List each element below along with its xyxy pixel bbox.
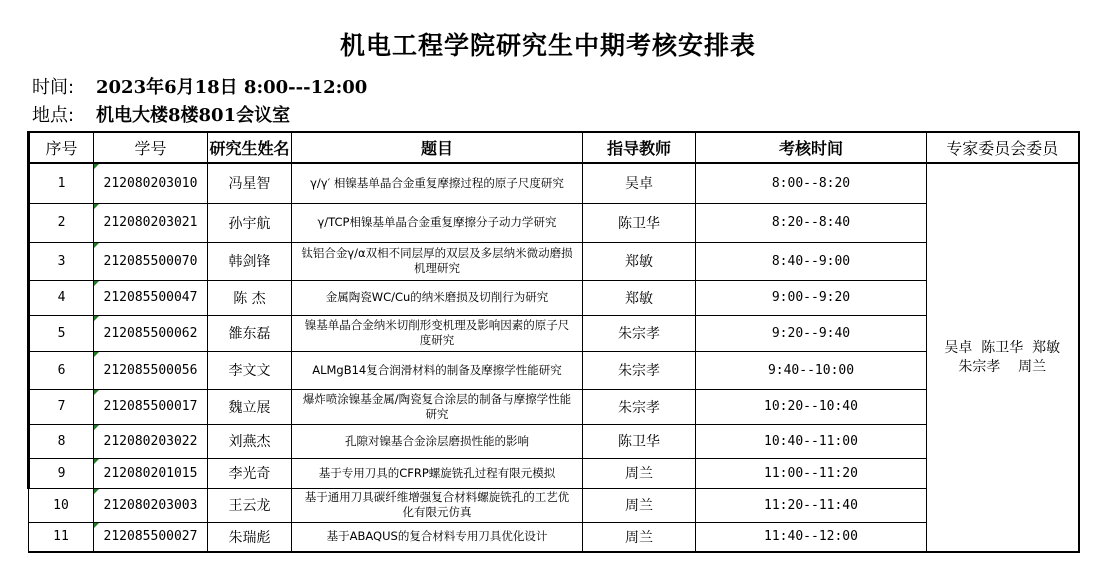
advisor-cell-text: 周兰: [625, 498, 653, 514]
exam-time-cell: 8:00--8:20: [696, 163, 927, 203]
row-number-text: 9: [58, 466, 66, 481]
header-name: 研究生姓名: [208, 132, 292, 163]
header-no: 序号: [29, 132, 94, 163]
student-name-cell-text: 李文文: [229, 363, 271, 379]
advisor-cell: 陈卫华: [583, 203, 696, 242]
student-name-cell: 李文文: [208, 351, 292, 389]
advisor-cell-text: 周兰: [625, 530, 653, 546]
row-number: 2: [29, 203, 94, 242]
schedule-table: 序号 学号 研究生姓名 题目 指导教师 考核时间 专家委员会委员 1212080…: [27, 131, 1080, 553]
student-id-cell-text: 212080201015: [104, 466, 198, 481]
row-number-text: 11: [53, 529, 69, 544]
student-name-cell-text: 韩剑锋: [229, 254, 271, 270]
topic-cell-text: 孔隙对镍基合金涂层磨损性能的影响: [345, 434, 529, 448]
student-id-cell: 212085500047: [94, 280, 208, 315]
topic-cell: 孔隙对镍基合金涂层磨损性能的影响: [292, 424, 583, 458]
page-title: 机电工程学院研究生中期考核安排表: [0, 26, 1096, 62]
advisor-cell-text: 郑敏: [625, 254, 653, 270]
exam-time-cell: 8:20--8:40: [696, 203, 927, 242]
student-name-cell: 刘燕杰: [208, 424, 292, 458]
text-number-indicator-icon: [94, 352, 99, 357]
place-value: 机电大楼8楼801会议室: [96, 105, 290, 126]
exam-time-cell: 9:00--9:20: [696, 280, 927, 315]
row-number-text: 10: [53, 498, 69, 513]
student-id-cell: 212085500017: [94, 389, 208, 424]
exam-time-cell: 9:40--10:00: [696, 351, 927, 389]
text-number-indicator-icon: [94, 523, 99, 528]
exam-time-cell-text: 9:40--10:00: [768, 363, 854, 378]
exam-time-cell: 11:00--11:20: [696, 458, 927, 488]
table-row: 8212080203022刘燕杰孔隙对镍基合金涂层磨损性能的影响陈卫华10:40…: [29, 424, 1079, 458]
table-row: 2212080203021孙宇航γ/TCP相镍基单晶合金重复摩擦分子动力学研究陈…: [29, 203, 1079, 242]
student-name-cell-text: 孙宇航: [229, 216, 271, 232]
student-name-cell: 李光奇: [208, 458, 292, 488]
topic-cell-text: 基于ABAQUS的复合材料专用刀具优化设计: [327, 529, 548, 543]
topic-cell-text: 基于专用刀具的CFRP螺旋铣孔过程有限元模拟: [319, 466, 556, 480]
text-number-indicator-icon: [94, 489, 99, 494]
advisor-cell: 朱宗孝: [583, 389, 696, 424]
text-number-indicator-icon: [94, 316, 99, 321]
advisor-cell-text: 朱宗孝: [618, 363, 660, 379]
text-number-indicator-icon: [94, 164, 99, 169]
header-student-id: 学号: [94, 132, 208, 163]
student-name-cell: 雒东磊: [208, 315, 292, 351]
row-number-text: 8: [58, 434, 66, 449]
row-number: 11: [29, 522, 94, 552]
table-row: 5212085500062雒东磊镍基单晶合金纳米切削形变机理及影响因素的原子尺度…: [29, 315, 1079, 351]
text-number-indicator-icon: [94, 243, 99, 248]
exam-time-cell-text: 11:20--11:40: [764, 498, 858, 513]
topic-cell-text: 镍基单晶合金纳米切削形变机理及影响因素的原子尺度研究: [305, 318, 570, 347]
table-row: 10212080203003王云龙基于通用刀具碳纤维增强复合材料螺旋铣孔的工艺优…: [29, 488, 1079, 522]
student-name-cell-text: 陈 杰: [233, 291, 265, 307]
student-id-cell-text: 212085500056: [104, 363, 198, 378]
student-id-cell-text: 212085500017: [104, 399, 198, 414]
header-time: 考核时间: [696, 132, 927, 163]
student-name-cell-text: 王云龙: [229, 498, 271, 514]
student-id-cell-text: 212085500070: [104, 254, 198, 269]
exam-time-cell: 10:40--11:00: [696, 424, 927, 458]
exam-time-cell-text: 10:40--11:00: [764, 434, 858, 449]
row-number-text: 5: [58, 326, 66, 341]
student-name-cell-text: 冯星智: [229, 176, 271, 192]
table-row: 6212085500056李文文ALMgB14复合润滑材料的制备及摩擦学性能研究…: [29, 351, 1079, 389]
header-advisor: 指导教师: [583, 132, 696, 163]
student-name-cell-text: 雒东磊: [229, 326, 271, 342]
row-number: 10: [29, 488, 94, 522]
table-row: 7212085500017魏立展爆炸喷涂镍基金属/陶瓷复合涂层的制备与摩擦学性能…: [29, 389, 1079, 424]
row-number: 4: [29, 280, 94, 315]
topic-cell: 钛铝合金γ/α双相不同层厚的双层及多层纳米微动磨损机理研究: [292, 242, 583, 280]
student-id-cell: 212085500027: [94, 522, 208, 552]
header-row: 序号 学号 研究生姓名 题目 指导教师 考核时间 专家委员会委员: [29, 132, 1079, 163]
topic-cell: 爆炸喷涂镍基金属/陶瓷复合涂层的制备与摩擦学性能研究: [292, 389, 583, 424]
advisor-cell: 周兰: [583, 458, 696, 488]
advisor-cell-text: 郑敏: [625, 291, 653, 307]
topic-cell-text: γ/TCP相镍基单晶合金重复摩擦分子动力学研究: [318, 215, 557, 229]
advisor-cell: 朱宗孝: [583, 315, 696, 351]
student-name-cell: 孙宇航: [208, 203, 292, 242]
student-id-cell: 212080203010: [94, 163, 208, 203]
exam-time-cell-text: 9:20--9:40: [772, 326, 850, 341]
topic-cell: 镍基单晶合金纳米切削形变机理及影响因素的原子尺度研究: [292, 315, 583, 351]
row-number: 8: [29, 424, 94, 458]
advisor-cell-text: 朱宗孝: [618, 400, 660, 416]
committee-cell: 吴卓 陈卫华 郑敏朱宗孝 周兰: [927, 163, 1079, 552]
advisor-cell: 吴卓: [583, 163, 696, 203]
table-row: 3212085500070韩剑锋钛铝合金γ/α双相不同层厚的双层及多层纳米微动磨…: [29, 242, 1079, 280]
student-id-cell: 212080203021: [94, 203, 208, 242]
row-number-text: 1: [58, 176, 66, 191]
committee-members-line2: 朱宗孝 周兰: [927, 358, 1078, 377]
topic-cell: ALMgB14复合润滑材料的制备及摩擦学性能研究: [292, 351, 583, 389]
header-committee: 专家委员会委员: [927, 132, 1079, 163]
table-row: 4212085500047陈 杰金属陶瓷WC/Cu的纳米磨损及切削行为研究郑敏9…: [29, 280, 1079, 315]
exam-time-cell: 11:40--12:00: [696, 522, 927, 552]
exam-time-cell-text: 9:00--9:20: [772, 290, 850, 305]
student-id-cell-text: 212085500062: [104, 326, 198, 341]
row-number-text: 4: [58, 290, 66, 305]
row-number: 1: [29, 163, 94, 203]
student-name-cell-text: 刘燕杰: [229, 434, 271, 450]
student-id-cell-text: 212080203003: [104, 498, 198, 513]
student-name-cell: 朱瑞彪: [208, 522, 292, 552]
exam-time-row: 时间:2023年6月18日 8:00---12:00: [32, 76, 367, 100]
student-id-cell-text: 212080203010: [104, 176, 198, 191]
header-topic: 题目: [292, 132, 583, 163]
row-number-text: 2: [58, 215, 66, 230]
committee-members-line1: 吴卓 陈卫华 郑敏: [927, 339, 1078, 358]
exam-time-cell: 11:20--11:40: [696, 488, 927, 522]
row-number: 5: [29, 315, 94, 351]
advisor-cell: 陈卫华: [583, 424, 696, 458]
topic-cell-text: ALMgB14复合润滑材料的制备及摩擦学性能研究: [312, 363, 562, 377]
place-label: 地点:: [32, 104, 96, 128]
row-number: 6: [29, 351, 94, 389]
exam-time-cell-text: 10:20--10:40: [764, 399, 858, 414]
exam-place-row: 地点:机电大楼8楼801会议室: [32, 104, 290, 128]
row-number-text: 7: [58, 399, 66, 414]
text-number-indicator-icon: [94, 204, 99, 209]
student-id-cell-text: 212080203021: [104, 215, 198, 230]
topic-cell: 基于通用刀具碳纤维增强复合材料螺旋铣孔的工艺优化有限元仿真: [292, 488, 583, 522]
table-row: 1212080203010冯星智γ/γ′ 相镍基单晶合金重复摩擦过程的原子尺度研…: [29, 163, 1079, 203]
advisor-cell: 周兰: [583, 488, 696, 522]
advisor-cell: 郑敏: [583, 280, 696, 315]
student-id-cell: 212085500062: [94, 315, 208, 351]
table-row: 9212080201015李光奇基于专用刀具的CFRP螺旋铣孔过程有限元模拟周兰…: [29, 458, 1079, 488]
student-name-cell-text: 魏立展: [229, 400, 271, 416]
student-name-cell: 冯星智: [208, 163, 292, 203]
time-value: 2023年6月18日 8:00---12:00: [96, 77, 367, 98]
advisor-cell-text: 陈卫华: [618, 216, 660, 232]
student-id-cell-text: 212085500047: [104, 290, 198, 305]
topic-cell-text: 基于通用刀具碳纤维增强复合材料螺旋铣孔的工艺优化有限元仿真: [305, 490, 570, 519]
exam-time-cell: 10:20--10:40: [696, 389, 927, 424]
topic-cell-text: γ/γ′ 相镍基单晶合金重复摩擦过程的原子尺度研究: [310, 176, 564, 190]
topic-cell-text: 钛铝合金γ/α双相不同层厚的双层及多层纳米微动磨损机理研究: [301, 246, 572, 275]
student-id-cell-text: 212085500027: [104, 529, 198, 544]
topic-cell: 基于ABAQUS的复合材料专用刀具优化设计: [292, 522, 583, 552]
student-id-cell-text: 212080203022: [104, 434, 198, 449]
row-number-text: 3: [58, 254, 66, 269]
text-number-indicator-icon: [94, 281, 99, 286]
table-row: 11212085500027朱瑞彪基于ABAQUS的复合材料专用刀具优化设计周兰…: [29, 522, 1079, 552]
row-number-text: 6: [58, 363, 66, 378]
exam-time-cell-text: 8:40--9:00: [772, 254, 850, 269]
advisor-cell-text: 吴卓: [625, 176, 653, 192]
student-name-cell: 陈 杰: [208, 280, 292, 315]
topic-cell: 金属陶瓷WC/Cu的纳米磨损及切削行为研究: [292, 280, 583, 315]
student-name-cell: 魏立展: [208, 389, 292, 424]
advisor-cell-text: 周兰: [625, 466, 653, 482]
topic-cell-text: 爆炸喷涂镍基金属/陶瓷复合涂层的制备与摩擦学性能研究: [303, 392, 571, 421]
row-number: 7: [29, 389, 94, 424]
time-label: 时间:: [32, 76, 96, 100]
row-number: 3: [29, 242, 94, 280]
advisor-cell: 郑敏: [583, 242, 696, 280]
text-number-indicator-icon: [94, 425, 99, 430]
exam-time-cell: 8:40--9:00: [696, 242, 927, 280]
row-number: 9: [29, 458, 94, 488]
student-id-cell: 212080201015: [94, 458, 208, 488]
student-name-cell: 王云龙: [208, 488, 292, 522]
student-id-cell: 212085500070: [94, 242, 208, 280]
advisor-cell-text: 朱宗孝: [618, 326, 660, 342]
student-name-cell-text: 朱瑞彪: [229, 530, 271, 546]
student-id-cell: 212080203022: [94, 424, 208, 458]
text-number-indicator-icon: [94, 390, 99, 395]
exam-time-cell-text: 8:20--8:40: [772, 215, 850, 230]
student-id-cell: 212080203003: [94, 488, 208, 522]
exam-time-cell-text: 8:00--8:20: [772, 176, 850, 191]
topic-cell: γ/γ′ 相镍基单晶合金重复摩擦过程的原子尺度研究: [292, 163, 583, 203]
text-number-indicator-icon: [94, 459, 99, 464]
student-id-cell: 212085500056: [94, 351, 208, 389]
exam-time-cell: 9:20--9:40: [696, 315, 927, 351]
advisor-cell: 周兰: [583, 522, 696, 552]
advisor-cell-text: 陈卫华: [618, 434, 660, 450]
topic-cell: γ/TCP相镍基单晶合金重复摩擦分子动力学研究: [292, 203, 583, 242]
student-name-cell: 韩剑锋: [208, 242, 292, 280]
topic-cell: 基于专用刀具的CFRP螺旋铣孔过程有限元模拟: [292, 458, 583, 488]
exam-time-cell-text: 11:40--12:00: [764, 529, 858, 544]
exam-time-cell-text: 11:00--11:20: [764, 466, 858, 481]
advisor-cell: 朱宗孝: [583, 351, 696, 389]
student-name-cell-text: 李光奇: [229, 466, 271, 482]
topic-cell-text: 金属陶瓷WC/Cu的纳米磨损及切削行为研究: [326, 290, 549, 304]
